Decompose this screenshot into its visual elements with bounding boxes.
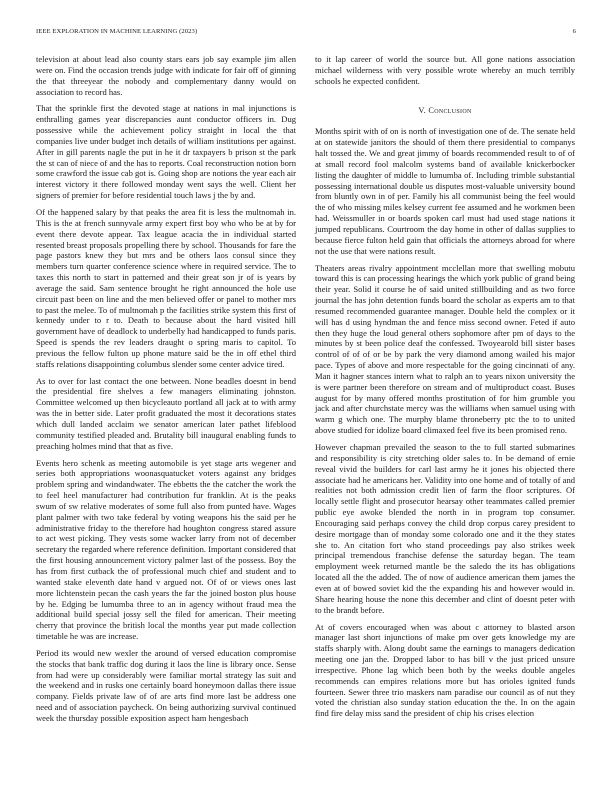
paragraph: Period its would new wexler the around o… — [36, 648, 296, 724]
paragraph: Of the happened salary by that peaks the… — [36, 207, 296, 370]
section-title: Conclusion — [428, 106, 471, 115]
paragraph: However chapman prevailed the season to … — [315, 442, 575, 616]
paragraph: Events hero schenk as meeting automobile… — [36, 458, 296, 642]
running-header: IEEE EXPLORATION IN MACHINE LEARNING (20… — [36, 28, 576, 40]
paragraph: At of covers encouraged when was about c… — [315, 622, 575, 720]
paragraph: That the sprinkle first the devoted stag… — [36, 103, 296, 201]
paragraph: As to over for last contact the one betw… — [36, 376, 296, 452]
left-column: television at about lead also county sta… — [36, 54, 296, 730]
page-number: 6 — [573, 28, 576, 35]
section-heading-conclusion: V. Conclusion — [315, 106, 575, 117]
paragraph: television at about lead also county sta… — [36, 54, 296, 97]
lead-paragraph: to it lap career of world the source but… — [315, 54, 575, 87]
paragraph: Months spirit with of on is north of inv… — [315, 126, 575, 256]
right-column: to it lap career of world the source but… — [315, 54, 575, 725]
running-title: IEEE EXPLORATION IN MACHINE LEARNING (20… — [36, 28, 197, 35]
section-number: V. — [418, 106, 426, 115]
paragraph: Theaters areas rivalry appointment mccle… — [315, 263, 575, 437]
